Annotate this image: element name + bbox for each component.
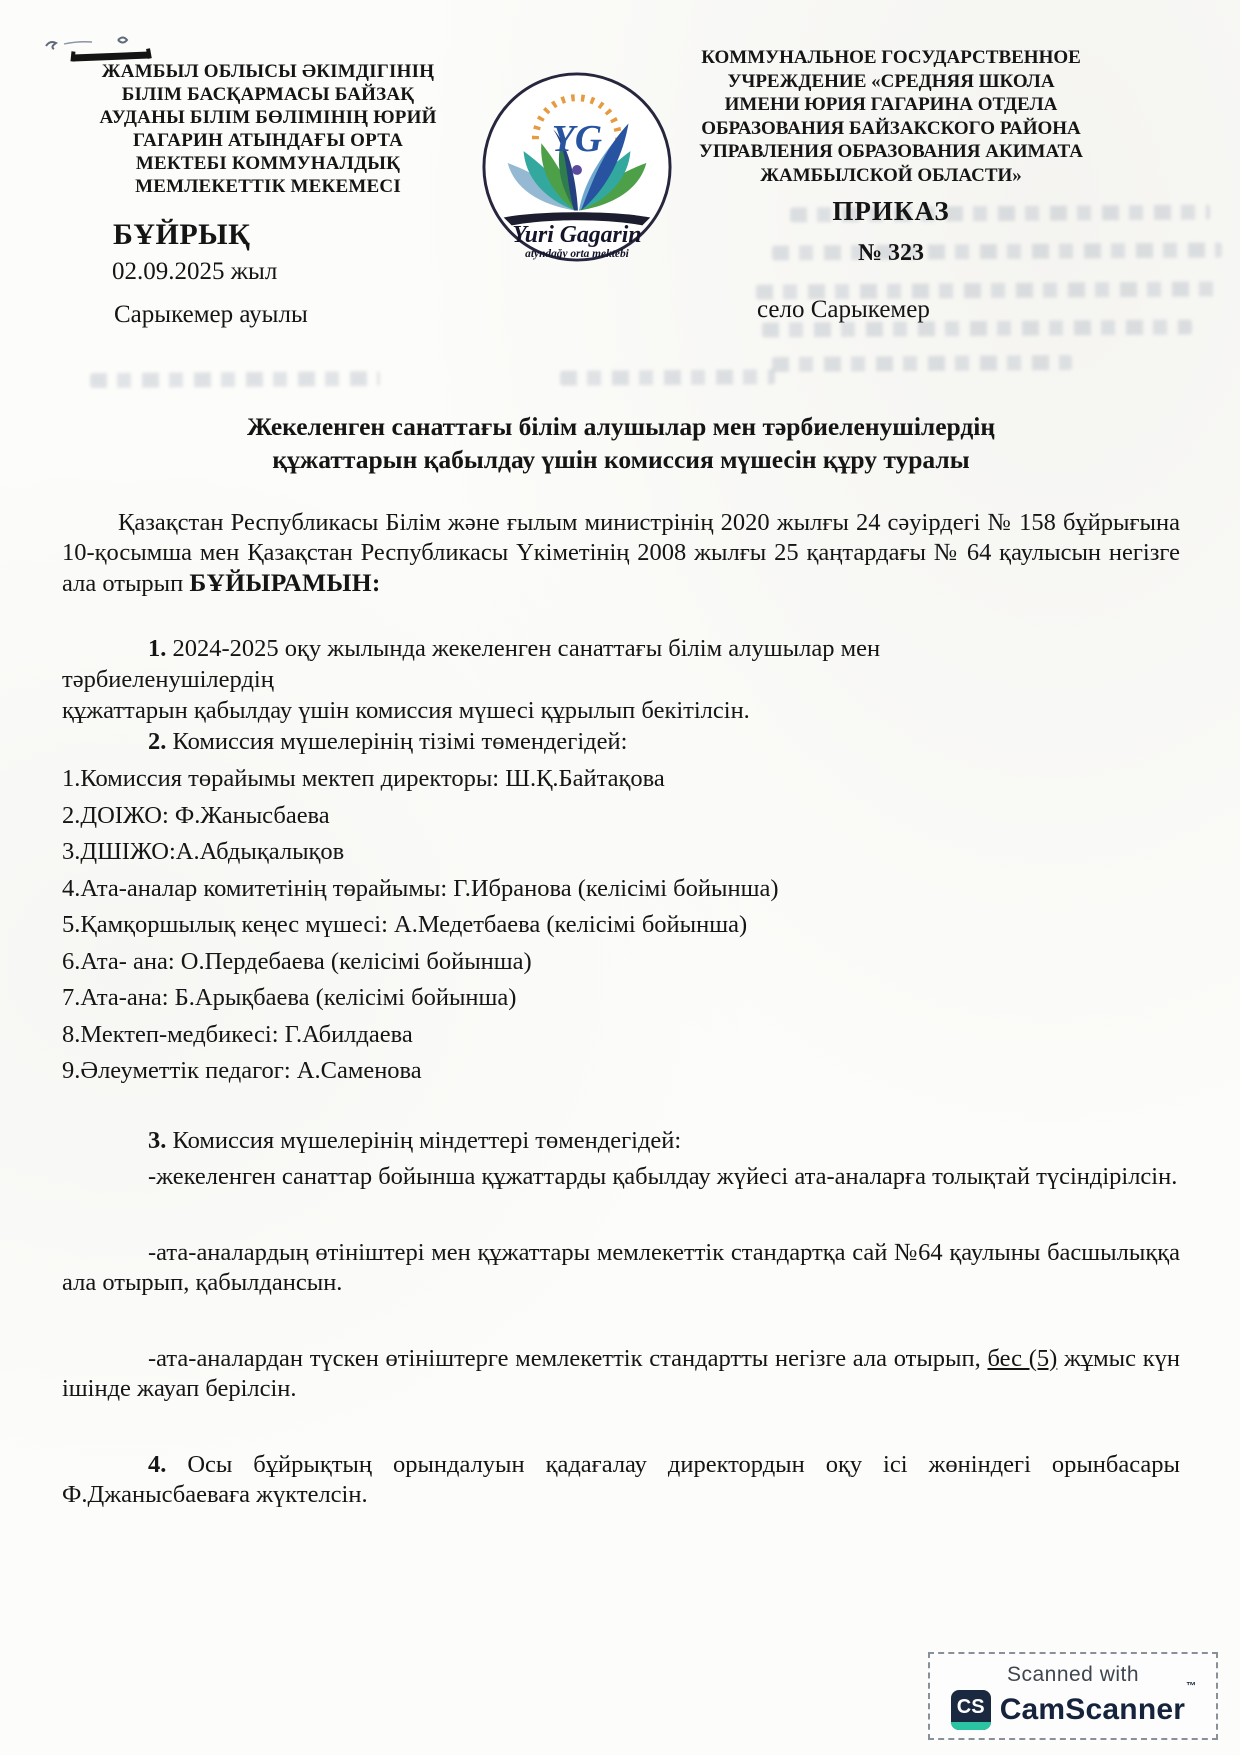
item-number: 3. (148, 1127, 166, 1154)
org-line: ИМЕНИ ЮРИЯ ГАГАРИНА ОТДЕЛА (645, 93, 1137, 117)
commission-member: 7.Ата-ана: Б.Арықбаева (келісімі бойынша… (62, 980, 1180, 1017)
camscanner-brand-row: CS CamScanner™ (951, 1690, 1196, 1730)
org-line: ОБРАЗОВАНИЯ БАЙЗАКСКОГО РАЙОНА (645, 117, 1137, 141)
item-text: Осы бұйрықтың орындалуын қадағалау дирек… (62, 1451, 1180, 1508)
commission-member: 9.Әлеуметтік педагог: А.Саменова (62, 1053, 1180, 1090)
org-line: УПРАВЛЕНИЯ ОБРАЗОВАНИЯ АКИМАТА (645, 140, 1137, 164)
commission-member: 2.ДОІЖО: Ф.Жанысбаева (62, 798, 1180, 835)
order-date: 02.09.2025 жыл (112, 258, 277, 286)
figure-dot (572, 165, 582, 175)
camscanner-brand: CamScanner™ (1000, 1693, 1196, 1727)
bleedthrough-artifact (560, 369, 775, 386)
underlined-text: бес (5) (987, 1345, 1057, 1372)
commission-member: 3.ДШІЖО:А.Абдықалықов (62, 834, 1180, 871)
title-line: құжаттарын қабылдау үшін комиссия мүшесі… (62, 443, 1180, 476)
document-title: Жекеленген санаттағы білім алушылар мен … (62, 410, 1180, 476)
camscanner-badge: Scanned with CS CamScanner™ (928, 1652, 1218, 1740)
logo-subtitle: atyndağy orta mektebi (525, 248, 629, 260)
commission-member: 1.Комиссия төрайымы мектеп директоры: Ш.… (62, 761, 1180, 798)
org-line: ЖАМБЫЛ ОБЛЫСЫ ӘКІМДІГІНІҢ (68, 60, 468, 83)
logo-name: Yuri Gagarin (512, 222, 641, 248)
place-kazakh: Сарыкемер ауылы (114, 301, 308, 329)
org-line: ГАГАРИН АТЫНДАҒЫ ОРТА (68, 129, 468, 152)
item-text: 2024-2025 оқу жылында жекеленген санатта… (166, 635, 880, 662)
commission-member: 8.Мектеп-медбикесі: Г.Абилдаева (62, 1017, 1180, 1054)
org-line: КОММУНАЛЬНОЕ ГОСУДАРСТВЕННОЕ (645, 46, 1137, 70)
commission-member: 4.Ата-аналар комитетінің төрайымы: Г.Ибр… (62, 871, 1180, 908)
commission-member: 5.Қамқоршылық кеңес мүшесі: А.Медетбаева… (62, 907, 1180, 944)
resolve-word: БҰЙЫРАМЫН: (189, 568, 380, 597)
scanned-document-page: ЖАМБЫЛ ОБЛЫСЫ ӘКІМДІГІНІҢ БІЛІМ БАСҚАРМА… (0, 0, 1240, 1755)
bleedthrough-artifact (90, 371, 380, 388)
item-text: Комиссия мүшелерінің міндеттері төмендег… (166, 1127, 681, 1154)
org-line: АУДАНЫ БІЛІМ БӨЛІМІНІҢ ЮРИЙ (68, 106, 468, 129)
bullet-text: -ата-аналардан түскен өтініштерге мемлек… (148, 1345, 987, 1372)
section-3-bullet: -ата-аналардың өтініштері мен құжаттары … (62, 1238, 1180, 1298)
org-name-russian: КОММУНАЛЬНОЕ ГОСУДАРСТВЕННОЕ УЧРЕЖДЕНИЕ … (645, 46, 1137, 187)
place-russian: село Сарыкемер (757, 296, 930, 324)
order-heading-kazakh: БҰЙРЫҚ (113, 218, 250, 252)
item-1: 1. 2024-2025 оқу жылында жекеленген сана… (62, 633, 1180, 757)
org-line: МЕМЛЕКЕТТІК МЕКЕМЕСІ (68, 175, 468, 198)
preamble-paragraph: Қазақстан Республикасы Білім және ғылым … (62, 508, 1180, 599)
brand-text: CamScanner (1000, 1693, 1185, 1726)
item-text: тәрбиеленушілердің (62, 664, 1180, 695)
camscanner-logo-icon: CS (951, 1690, 991, 1730)
trademark-symbol: ™ (1186, 1681, 1196, 1692)
commission-member: 6.Ата- ана: О.Пердебаева (келісімі бойын… (62, 944, 1180, 981)
item-number: 4. (148, 1451, 166, 1478)
order-number: № 323 (645, 240, 1137, 267)
item-number: 1. (148, 635, 166, 662)
org-line: БІЛІМ БАСҚАРМАСЫ БАЙЗАҚ (68, 83, 468, 106)
section-3-bullet: -ата-аналардан түскен өтініштерге мемлек… (62, 1344, 1180, 1404)
logo-monogram: YG (552, 118, 602, 160)
order-heading-russian: ПРИКАЗ (645, 196, 1137, 227)
org-line: МЕКТЕБІ КОММУНАЛДЫҚ (68, 152, 468, 175)
bleedthrough-artifact (772, 355, 1072, 372)
commission-list: 1.Комиссия төрайымы мектеп директоры: Ш.… (62, 761, 1180, 1090)
org-line: УЧРЕЖДЕНИЕ «СРЕДНЯЯ ШКОЛА (645, 70, 1137, 94)
scanned-with-label: Scanned with (1007, 1663, 1139, 1687)
section-4-paragraph: 4. Осы бұйрықтың орындалуын қадағалау ди… (62, 1450, 1180, 1510)
document-body: Жекеленген санаттағы білім алушылар мен … (62, 410, 1180, 1534)
item-number: 2. (148, 728, 166, 755)
item-text: құжаттарын қабылдау үшін комиссия мүшесі… (62, 695, 1180, 726)
item-text: Комиссия мүшелерінің тізімі төмендегідей… (166, 728, 627, 755)
section-3-bullet: -жекеленген санаттар бойынша құжаттарды … (62, 1162, 1180, 1192)
section-3-heading: 3. Комиссия мүшелерінің міндеттері төмен… (62, 1126, 1180, 1156)
title-line: Жекеленген санаттағы білім алушылар мен … (62, 410, 1180, 443)
cs-monogram: CS (957, 1697, 985, 1717)
org-line: ЖАМБЫЛСКОЙ ОБЛАСТИ» (645, 164, 1137, 188)
org-name-kazakh: ЖАМБЫЛ ОБЛЫСЫ ӘКІМДІГІНІҢ БІЛІМ БАСҚАРМА… (68, 60, 468, 198)
